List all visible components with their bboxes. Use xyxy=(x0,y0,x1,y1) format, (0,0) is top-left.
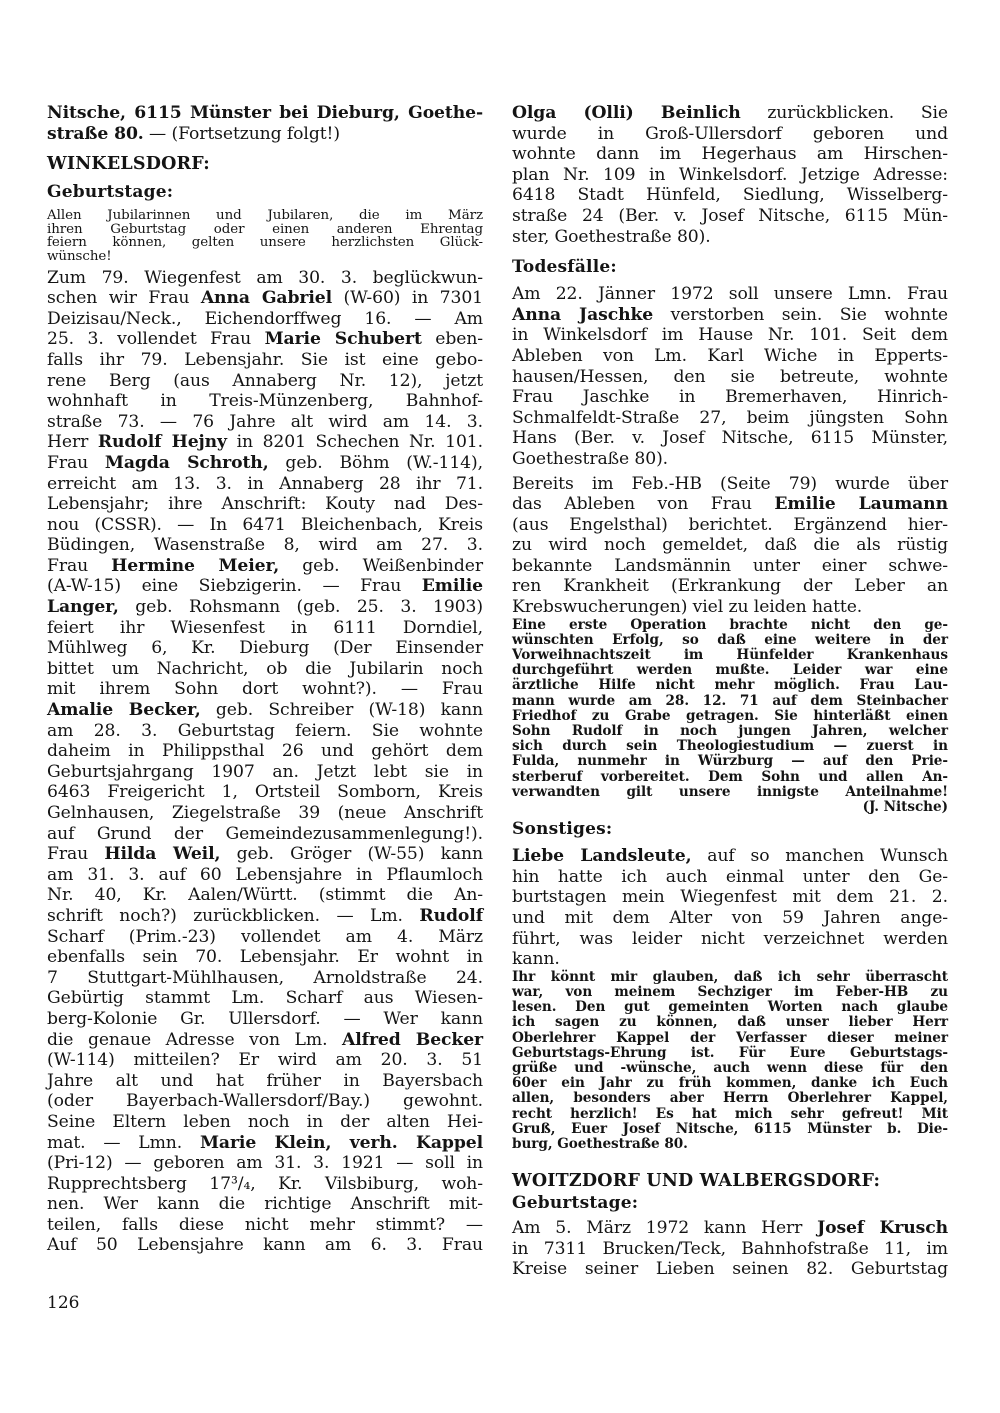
text-line: teilen, falls diese nicht mehr stimmt? — xyxy=(47,1215,483,1236)
continuation-intro: Nitsche, 6115 Münster bei Dieburg, Goeth… xyxy=(47,103,483,144)
text-line: Ihr könnt mir glauben, daß ich sehr über… xyxy=(512,970,948,985)
text-line: Oberlehrer Kappel der Verfasser dieser m… xyxy=(512,1031,948,1046)
text-line: Bereits im Feb.-HB (Seite 79) wurde über xyxy=(512,474,948,495)
text-line: Jahre alt und hat früher in Bayersbach xyxy=(47,1071,483,1092)
text-line: straße 73. — 76 Jahre alt wird am 14. 3. xyxy=(47,412,483,433)
text-line: wurde in Groß-Ullersdorf geboren und xyxy=(512,124,948,145)
text-line: bekannte Landsmännin unter einer schwe- xyxy=(512,556,948,577)
text-line: wünschten Erfolg, so daß eine weitere in… xyxy=(512,633,948,648)
text-line: 60er ein Jahr zu früh kommen, danke ich … xyxy=(512,1076,948,1091)
text-line: mit ihrem Sohn dort wohnt?). — Frau xyxy=(47,679,483,700)
text-line: kann. xyxy=(512,949,948,970)
text-line: war, von meinem Sechziger im Feber-HB zu xyxy=(512,985,948,1000)
text-line: Nitsche, 6115 Münster bei Dieburg, Goeth… xyxy=(47,103,483,124)
text-line: nen. Wer kann die richtige Anschrift mit… xyxy=(47,1194,483,1215)
text-line: am 28. 3. Geburtstag feiern. Sie wohnte xyxy=(47,721,483,742)
jaschke-obituary-paragraph: Am 22. Jänner 1972 soll unsere Lmn. Frau… xyxy=(512,284,948,469)
text-line: (W-114) mitteilen? Er wird am 20. 3. 51 xyxy=(47,1050,483,1071)
bold-name: Anna Gabriel xyxy=(201,288,332,308)
text-line: die genaue Adresse von Lm. Alfred Becker xyxy=(47,1030,483,1051)
text-line: Hans (Ber. v. Josef Nitsche, 6115 Münste… xyxy=(512,428,948,449)
text-line: Eine erste Operation brachte nicht den g… xyxy=(512,618,948,633)
text-line: ster, Goethestraße 80). xyxy=(512,227,948,248)
text-line: lesen. Den gut gemeinten Worten nach gla… xyxy=(512,1000,948,1015)
text-line: sich durch sein Theologiestudium — zuers… xyxy=(512,739,948,754)
text-line: burtstagen mein Wiegenfest mit dem 21. 2… xyxy=(512,887,948,908)
text-line: das Ableben von Frau Emilie Laumann xyxy=(512,494,948,515)
text-line: Olga (Olli) Beinlich zurückblicken. Sie xyxy=(512,103,948,124)
text-line: durchgeführt werden mußte. Leider war ei… xyxy=(512,663,948,678)
text-line: Anna Jaschke verstorben sein. Sie wohnte xyxy=(512,305,948,326)
greeting-paragraph: Allen Jubilarinnen und Jubilaren, die im… xyxy=(47,209,483,263)
text-line: Mühlweg 6, Kr. Dieburg (Der Einsender xyxy=(47,638,483,659)
text-line: Vorweihnachtszeit im Hünfelder Krankenha… xyxy=(512,648,948,663)
text-line: recht herzlich! Es hat mich sehr gefreut… xyxy=(512,1107,948,1122)
text-line: Nr. 40, Kr. Aalen/Württ. (stimmt die An- xyxy=(47,885,483,906)
text-line: grüße und -wünsche, auch wenn diese für … xyxy=(512,1061,948,1076)
text-line: nou (CSSR). — In 6471 Bleichenbach, Krei… xyxy=(47,515,483,536)
birthday-list-paragraph: Zum 79. Wiegenfest am 30. 3. beglückwun-… xyxy=(47,268,483,1257)
laumann-obituary-details: Eine erste Operation brachte nicht den g… xyxy=(512,618,948,800)
text-line: Kreise seiner Lieben seinen 82. Geburtst… xyxy=(512,1259,948,1280)
bold-name: Alfred Becker xyxy=(342,1030,483,1050)
text-line: straße 80. — (Fortsetzung folgt!) xyxy=(47,124,483,145)
text-line: Am 22. Jänner 1972 soll unsere Lmn. Frau xyxy=(512,284,948,305)
text-line: Herr Rudolf Hejny in 8201 Schechen Nr. 1… xyxy=(47,432,483,453)
text-line: ebenfalls sein 70. Lebensjahr. Er wohnt … xyxy=(47,947,483,968)
text-line: mann wurde am 28. 12. 71 auf dem Steinba… xyxy=(512,694,948,709)
right-column: Olga (Olli) Beinlich zurückblicken. Siew… xyxy=(512,103,948,1280)
text-line: Auf 50 Lebensjahre kann am 6. 3. Frau xyxy=(47,1235,483,1256)
text-line: Rupprechtsberg 17³/₄, Kr. Vilsbiburg, wo… xyxy=(47,1174,483,1195)
text-line: Allen Jubilarinnen und Jubilaren, die im… xyxy=(47,209,483,223)
bold-name: Josef Krusch xyxy=(817,1218,948,1238)
text-line: ich sagen zu können, daß unser lieber He… xyxy=(512,1015,948,1030)
text-line: ren Krankheit (Erkrankung der Leber an xyxy=(512,576,948,597)
text-line: ärztliche Hilfe nicht mehr möglich. Frau… xyxy=(512,678,948,693)
bold-name: Marie Klein, verh. Kappel xyxy=(200,1133,483,1153)
section-title-woitzdorf-walbergsdorf: WOITZDORF UND WALBERGSDORF: xyxy=(512,1170,948,1192)
text-line: wohnte dann im Hegerhaus am Hirschen- xyxy=(512,144,948,165)
text-line: auf Grund der Gemeindezusammenlegung!). xyxy=(47,824,483,845)
text-line: Geburtstags-Ehrung ist. Für Eure Geburts… xyxy=(512,1046,948,1061)
text-line: 6418 Stadt Hünfeld, Siedlung, Wisselberg… xyxy=(512,185,948,206)
bold-name: Magda Schroth, xyxy=(105,453,269,473)
subsection-title-geburtstage-2: Geburtstage: xyxy=(512,1192,948,1214)
text-line: Geburtsjahrgang 1907 an. Jetzt lebt sie … xyxy=(47,762,483,783)
nitsche-letter-paragraph: Ihr könnt mir glauben, daß ich sehr über… xyxy=(512,970,948,1152)
text-line: (Pri-12) — geboren am 31. 3. 1921 — soll… xyxy=(47,1153,483,1174)
text-line: schrift noch?) zurückblicken. — Lm. Rudo… xyxy=(47,906,483,927)
text-line: Krebswucherungen) viel zu leiden hatte. xyxy=(512,597,948,618)
text-line: Gebürtig stammt Lm. Scharf aus Wiesen- xyxy=(47,988,483,1009)
text-line: 25. 3. vollendet Frau Marie Schubert ebe… xyxy=(47,329,483,350)
text-line: rene Berg (aus Annaberg Nr. 12), jetzt xyxy=(47,371,483,392)
bold-name: Emilie Laumann xyxy=(774,494,948,514)
bold-name: Rudolf xyxy=(419,906,483,926)
text-line: Frau Jaschke in Bremerhaven, Hinrich- xyxy=(512,387,948,408)
bold-name: Amalie Becker, xyxy=(47,700,201,720)
text-line: Frau Hermine Meier, geb. Weißenbinder xyxy=(47,556,483,577)
bold-name: Emilie xyxy=(422,576,483,596)
bold-name: Marie Schubert xyxy=(265,329,422,349)
text-line: 7 Stuttgart-Mühlhausen, Arnoldstraße 24. xyxy=(47,968,483,989)
text-line: Sohn Rudolf in noch jungen Jahren, welch… xyxy=(512,724,948,739)
text-line: (A-W-15) eine Siebzigerin. — Frau Emilie xyxy=(47,576,483,597)
text-line: Ableben von Lm. Karl Wiche in Epperts- xyxy=(512,346,948,367)
text-line: (aus Engelsthal) berichtet. Ergänzend hi… xyxy=(512,515,948,536)
text-line: in 7311 Brucken/Teck, Bahnhofstraße 11, … xyxy=(512,1239,948,1260)
text-line: Seine Eltern leben noch in der alten Hei… xyxy=(47,1112,483,1133)
beinlich-paragraph: Olga (Olli) Beinlich zurückblicken. Siew… xyxy=(512,103,948,247)
text-line: daheim in Philippsthal 26 und gehört dem xyxy=(47,741,483,762)
section-title-winkelsdorf: WINKELSDORF: xyxy=(47,153,483,175)
text-line: Fulda, nunmehr in Würzburg — auf den Pri… xyxy=(512,754,948,769)
text-line: wünsche! xyxy=(47,250,483,264)
bold-name: Hilda Weil, xyxy=(104,844,220,864)
text-line: allen, besonders aber Herrn Oberlehrer K… xyxy=(512,1091,948,1106)
text-line: falls ihr 79. Lebensjahr. Sie ist eine g… xyxy=(47,350,483,371)
bold-name: Hermine Meier, xyxy=(111,556,279,576)
left-column: Nitsche, 6115 Münster bei Dieburg, Goeth… xyxy=(47,103,483,1256)
text-line: am 31. 3. auf 60 Lebensjahre in Pflaumlo… xyxy=(47,865,483,886)
laumann-signature: (J. Nitsche) xyxy=(512,800,948,815)
text-line: Schmalfeldt-Straße 27, beim jüngsten Soh… xyxy=(512,408,948,429)
text-line: Frau Hilda Weil, geb. Gröger (W-55) kann xyxy=(47,844,483,865)
text-line: führt, was leider nicht verzeichnet werd… xyxy=(512,929,948,950)
text-line: mat. — Lmn. Marie Klein, verh. Kappel xyxy=(47,1133,483,1154)
text-line: sterberuf vorbereitet. Dem Sohn und alle… xyxy=(512,770,948,785)
text-line: Friedhof zu Grabe getragen. Sie hinterlä… xyxy=(512,709,948,724)
laumann-obituary-paragraph: Bereits im Feb.-HB (Seite 79) wurde über… xyxy=(512,474,948,618)
text-line: und mit dem Alter von 59 Jahren ange- xyxy=(512,908,948,929)
bold-name: Olga (Olli) Beinlich xyxy=(512,103,741,123)
text-line: Deizisau/Neck., Eichendorffweg 16. — Am xyxy=(47,309,483,330)
text-line: zu wird noch gemeldet, daß die als rüsti… xyxy=(512,535,948,556)
text-line: Liebe Landsleute, auf so manchen Wunsch xyxy=(512,846,948,867)
text-line: Langer, geb. Rohsmann (geb. 25. 3. 1903) xyxy=(47,597,483,618)
bold-name: Nitsche, xyxy=(676,1121,739,1137)
text-line: straße 24 (Ber. v. Josef Nitsche, 6115 M… xyxy=(512,206,948,227)
text-line: Scharf (Prim.-23) vollendet am 4. März xyxy=(47,927,483,948)
text-line: plan Nr. 109 in Winkelsdorf. Jetzige Adr… xyxy=(512,165,948,186)
subsection-title-geburtstage: Geburtstage: xyxy=(47,181,483,203)
bold-name: Liebe Landsleute, xyxy=(512,846,691,866)
text-line: Büdingen, Wasenstraße 8, wird am 27. 3. xyxy=(47,535,483,556)
text-line: feiert ihr Wiesenfest in 6111 Dorndiel, xyxy=(47,618,483,639)
page-number: 126 xyxy=(47,1293,79,1313)
text-line: (oder Bayerbach-Wallersdorf/Bay.) gewohn… xyxy=(47,1091,483,1112)
subsection-title-sonstiges: Sonstiges: xyxy=(512,818,948,840)
text-line: hausen/Hessen, den sie betreute, wohnte xyxy=(512,367,948,388)
text-line: Frau Magda Schroth, geb. Böhm (W.-114), xyxy=(47,453,483,474)
text-line: wohnhaft in Treis-Münzenberg, Bahnhof- xyxy=(47,391,483,412)
text-line: erreicht am 13. 3. in Annaberg 28 ihr 71… xyxy=(47,474,483,495)
text-line: Goethestraße 80). xyxy=(512,449,948,470)
text-line: hin hatte ich auch einmal unter den Ge- xyxy=(512,867,948,888)
liebe-landsleute-paragraph: Liebe Landsleute, auf so manchen Wunschh… xyxy=(512,846,948,970)
text-line: Amalie Becker, geb. Schreiber (W-18) kan… xyxy=(47,700,483,721)
text-line: burg, Goethestraße 80. xyxy=(512,1137,948,1152)
text-line: bittet um Nachricht, ob die Jubilarin no… xyxy=(47,659,483,680)
text-line: Am 5. März 1972 kann Herr Josef Krusch xyxy=(512,1218,948,1239)
text-line: Lebensjahr; ihre Anschrift: Kouty nad De… xyxy=(47,494,483,515)
text-line: verwandten gilt unsere innigste Anteilna… xyxy=(512,785,948,800)
krusch-birthday-paragraph: Am 5. März 1972 kann Herr Josef Kruschin… xyxy=(512,1218,948,1280)
text-line: Gelnhausen, Ziegelstraße 39 (neue Anschr… xyxy=(47,803,483,824)
text-line: berg-Kolonie Gr. Ullersdorf. — Wer kann xyxy=(47,1009,483,1030)
subsection-title-todesfaelle: Todesfälle: xyxy=(512,256,948,278)
text-line: Gruß, Euer Josef Nitsche, 6115 Münster b… xyxy=(512,1122,948,1137)
text-line: Zum 79. Wiegenfest am 30. 3. beglückwun- xyxy=(47,268,483,289)
bold-name: Anna Jaschke xyxy=(512,305,653,325)
text-line: in Winkelsdorf im Hause Nr. 101. Seit de… xyxy=(512,325,948,346)
text-line: ihren Geburtstag oder einen anderen Ehre… xyxy=(47,223,483,237)
text-line: feiern können, gelten unsere herzlichste… xyxy=(47,236,483,250)
text-line: schen wir Frau Anna Gabriel (W-60) in 73… xyxy=(47,288,483,309)
text-line: 6463 Freigericht 1, Ortsteil Somborn, Kr… xyxy=(47,782,483,803)
bold-name: Rudolf Hejny xyxy=(98,432,227,452)
bold-name: Langer, xyxy=(47,597,119,617)
